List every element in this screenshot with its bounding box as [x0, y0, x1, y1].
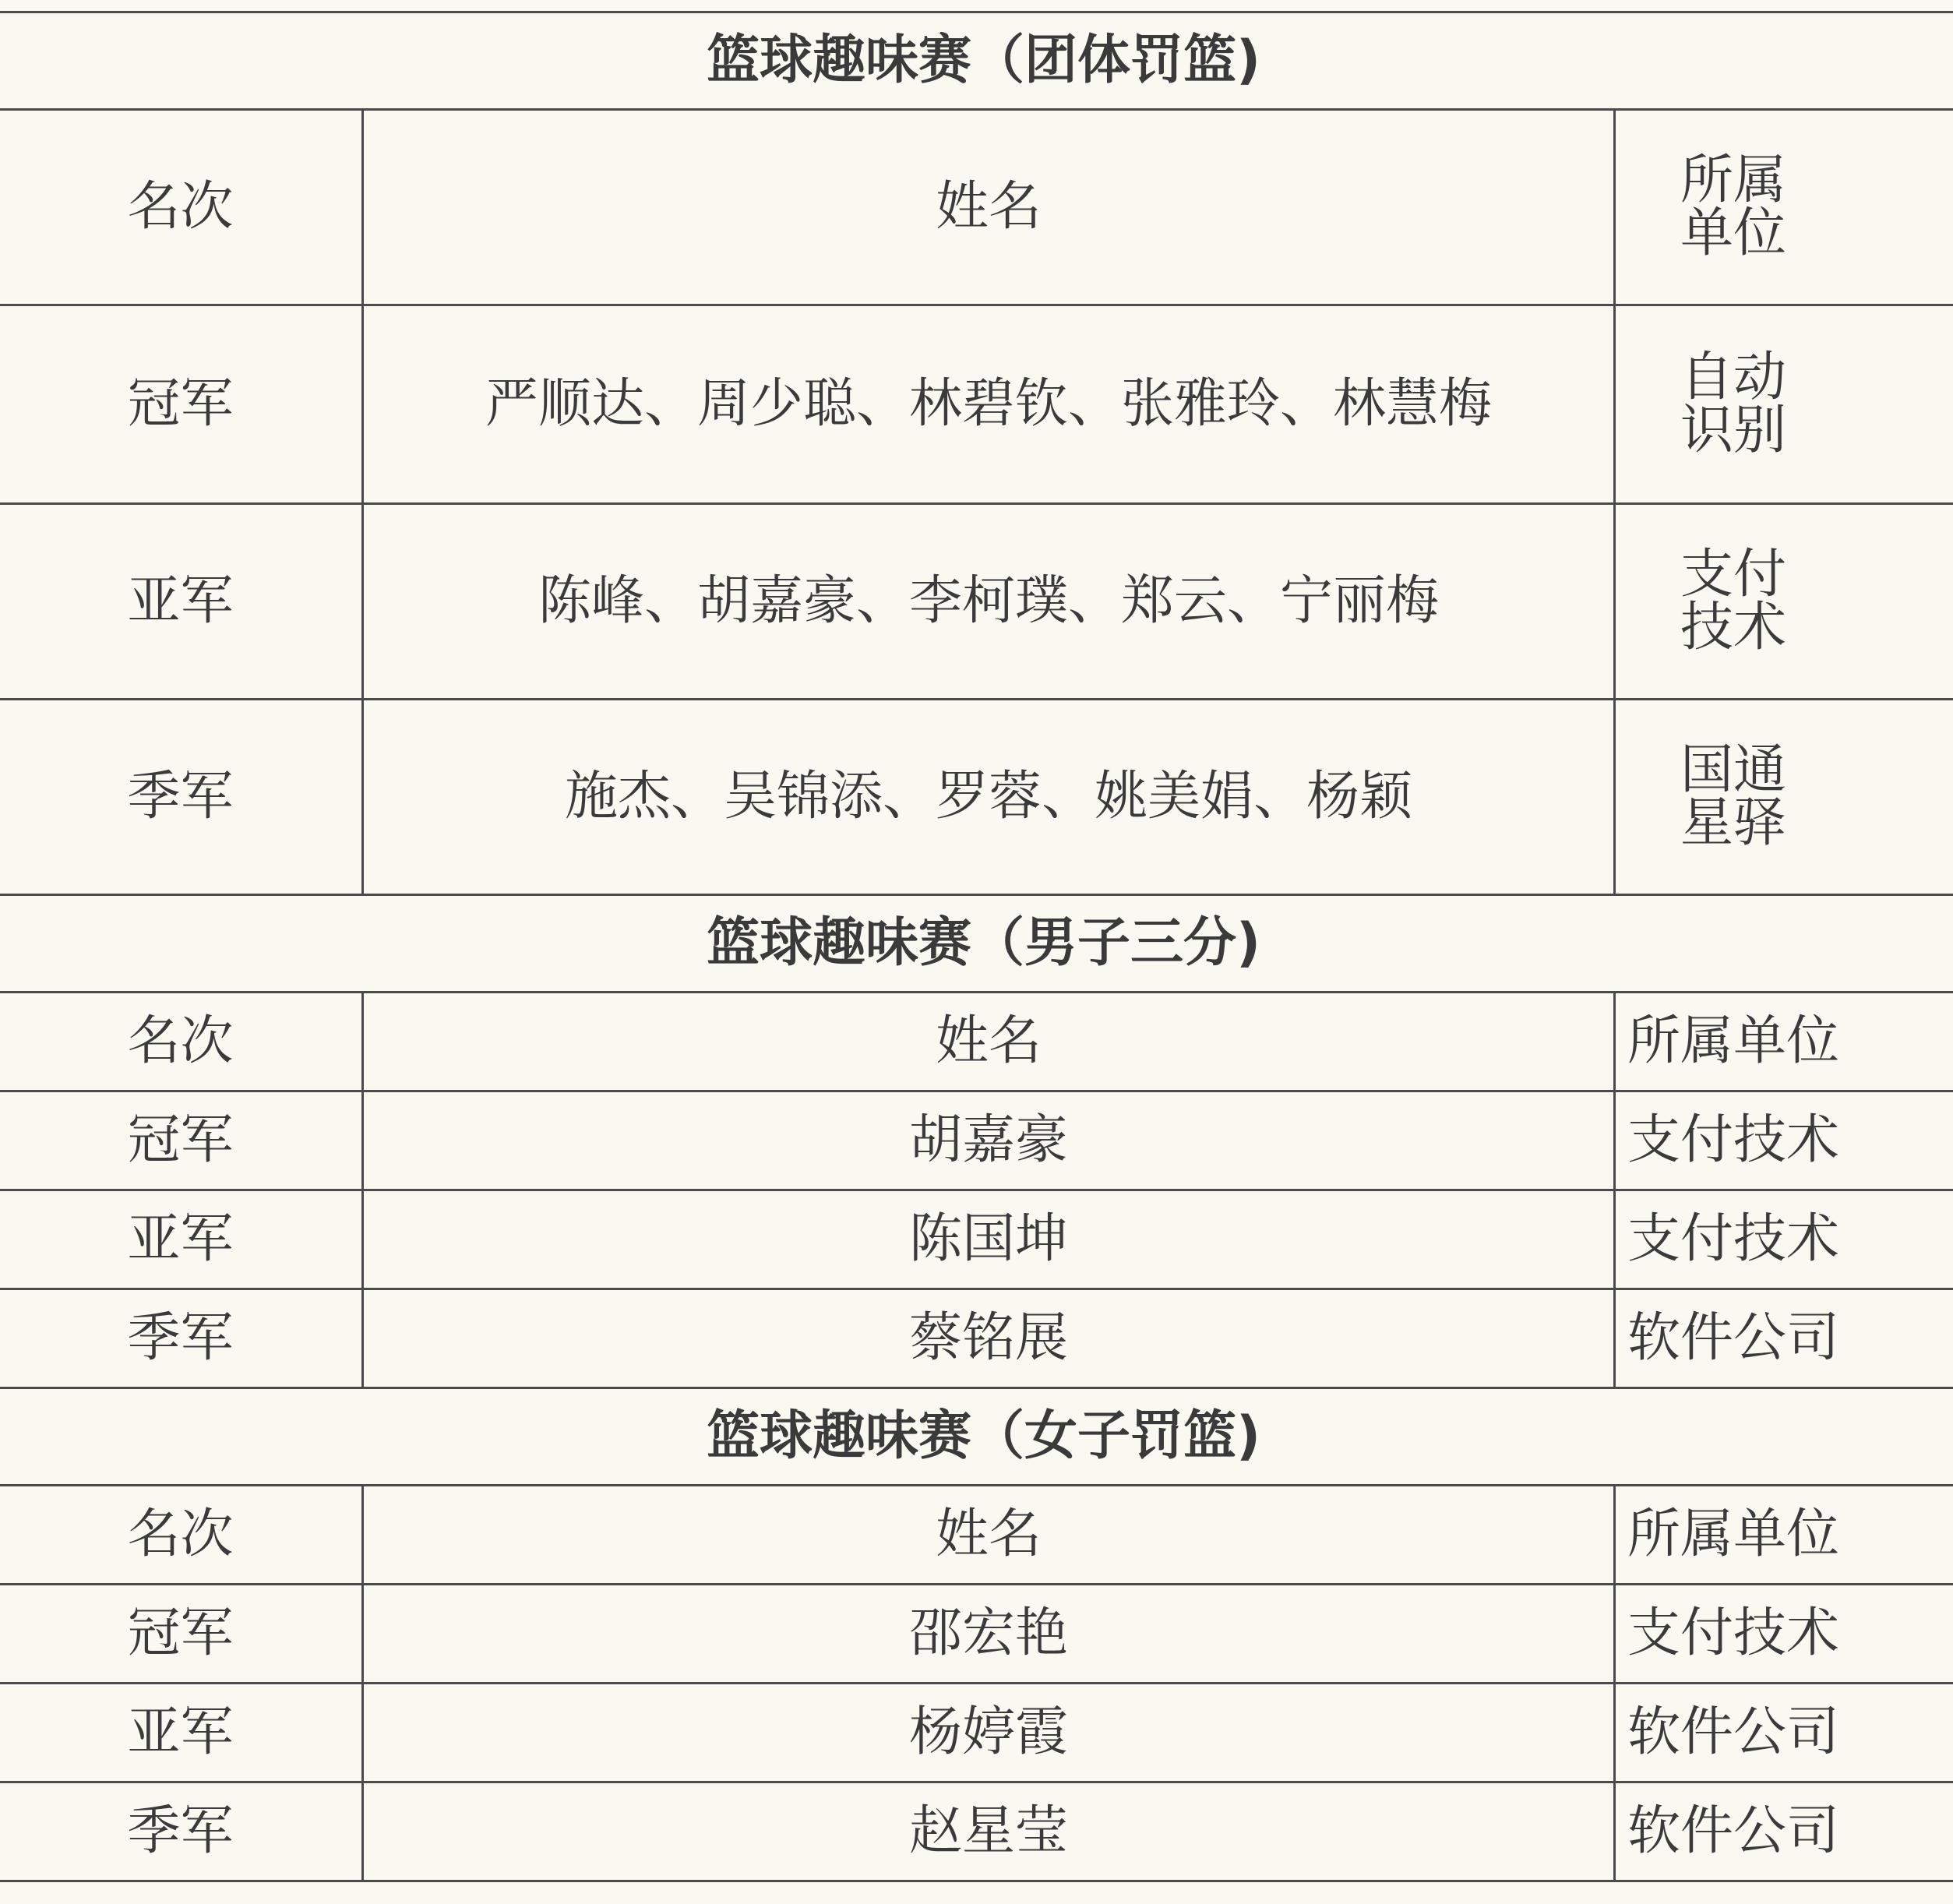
rank-cell: 季军 — [0, 700, 363, 895]
name-cell: 施杰、吴锦添、罗蓉、姚美娟、杨颖 — [363, 700, 1615, 895]
name-cell: 胡嘉豪 — [363, 1091, 1615, 1190]
header-unit-text: 所属单位 — [1671, 154, 1796, 260]
name-cell: 杨婷霞 — [363, 1684, 1615, 1782]
header-rank: 名次 — [0, 110, 363, 305]
unit-cell: 支付技术 — [1615, 1091, 1953, 1190]
table-row: 季军 施杰、吴锦添、罗蓉、姚美娟、杨颖 国通星驿 — [0, 700, 1953, 895]
section-title-row: 篮球趣味赛（男子三分) — [0, 895, 1953, 993]
rank-cell: 亚军 — [0, 1684, 363, 1782]
unit-text: 软件公司 — [1627, 1312, 1839, 1365]
header-unit: 所属单位 — [1615, 993, 1953, 1091]
unit-cell: 软件公司 — [1615, 1782, 1953, 1881]
table-row: 季军 蔡铭展 软件公司 — [0, 1289, 1953, 1388]
section-title: 篮球趣味赛（团体罚篮) — [0, 12, 1953, 110]
name-cell: 陈峰、胡嘉豪、李柯璞、郑云、宁丽梅 — [363, 504, 1615, 700]
unit-cell: 国通星驿 — [1615, 700, 1953, 895]
section-title-row: 篮球趣味赛（女子罚篮) — [0, 1388, 1953, 1486]
unit-text: 支付技术 — [1627, 1114, 1839, 1167]
unit-cell: 支付技术 — [1615, 1190, 1953, 1289]
rank-cell: 亚军 — [0, 1190, 363, 1289]
header-name: 姓名 — [363, 1486, 1615, 1585]
unit-text: 支付技术 — [1671, 548, 1796, 654]
unit-text: 支付技术 — [1627, 1213, 1839, 1266]
header-rank: 名次 — [0, 993, 363, 1091]
name-cell: 赵星莹 — [363, 1782, 1615, 1881]
rank-cell: 季军 — [0, 1289, 363, 1388]
rank-cell: 亚军 — [0, 504, 363, 700]
header-unit: 所属单位 — [1615, 110, 1953, 305]
header-row: 名次 姓名 所属单位 — [0, 1486, 1953, 1585]
header-name: 姓名 — [363, 993, 1615, 1091]
header-name: 姓名 — [363, 110, 1615, 305]
name-cell: 蔡铭展 — [363, 1289, 1615, 1388]
table-row: 季军 赵星莹 软件公司 — [0, 1782, 1953, 1881]
name-cell: 严顺达、周少聪、林碧钦、张雅玲、林慧梅 — [363, 305, 1615, 504]
unit-cell: 自动识别 — [1615, 305, 1953, 504]
results-table: 篮球趣味赛（团体罚篮) 名次 姓名 所属单位 冠军 严顺达、周少聪、林碧钦、张雅… — [0, 11, 1953, 1882]
header-row: 名次 姓名 所属单位 — [0, 993, 1953, 1091]
unit-cell: 支付技术 — [1615, 1585, 1953, 1684]
unit-cell: 软件公司 — [1615, 1289, 1953, 1388]
section-title: 篮球趣味赛（女子罚篮) — [0, 1388, 1953, 1486]
unit-text: 软件公司 — [1627, 1706, 1839, 1759]
header-row: 名次 姓名 所属单位 — [0, 110, 1953, 305]
header-rank: 名次 — [0, 1486, 363, 1585]
table-row: 亚军 陈峰、胡嘉豪、李柯璞、郑云、宁丽梅 支付技术 — [0, 504, 1953, 700]
unit-text: 国通星驿 — [1671, 744, 1796, 850]
table-row: 冠军 邵宏艳 支付技术 — [0, 1585, 1953, 1684]
table-row: 冠军 胡嘉豪 支付技术 — [0, 1091, 1953, 1190]
unit-text: 支付技术 — [1627, 1607, 1839, 1660]
table-row: 亚军 陈国坤 支付技术 — [0, 1190, 1953, 1289]
header-unit-text: 所属单位 — [1627, 1015, 1839, 1068]
section-title-row: 篮球趣味赛（团体罚篮) — [0, 12, 1953, 110]
rank-cell: 冠军 — [0, 305, 363, 504]
header-unit-text: 所属单位 — [1627, 1508, 1839, 1561]
rank-cell: 冠军 — [0, 1585, 363, 1684]
rank-cell: 冠军 — [0, 1091, 363, 1190]
unit-cell: 支付技术 — [1615, 504, 1953, 700]
unit-text: 自动识别 — [1671, 351, 1796, 457]
unit-cell: 软件公司 — [1615, 1684, 1953, 1782]
table-row: 冠军 严顺达、周少聪、林碧钦、张雅玲、林慧梅 自动识别 — [0, 305, 1953, 504]
table-row: 亚军 杨婷霞 软件公司 — [0, 1684, 1953, 1782]
name-cell: 邵宏艳 — [363, 1585, 1615, 1684]
unit-text: 软件公司 — [1627, 1805, 1839, 1858]
header-unit: 所属单位 — [1615, 1486, 1953, 1585]
section-title: 篮球趣味赛（男子三分) — [0, 895, 1953, 993]
name-cell: 陈国坤 — [363, 1190, 1615, 1289]
rank-cell: 季军 — [0, 1782, 363, 1881]
